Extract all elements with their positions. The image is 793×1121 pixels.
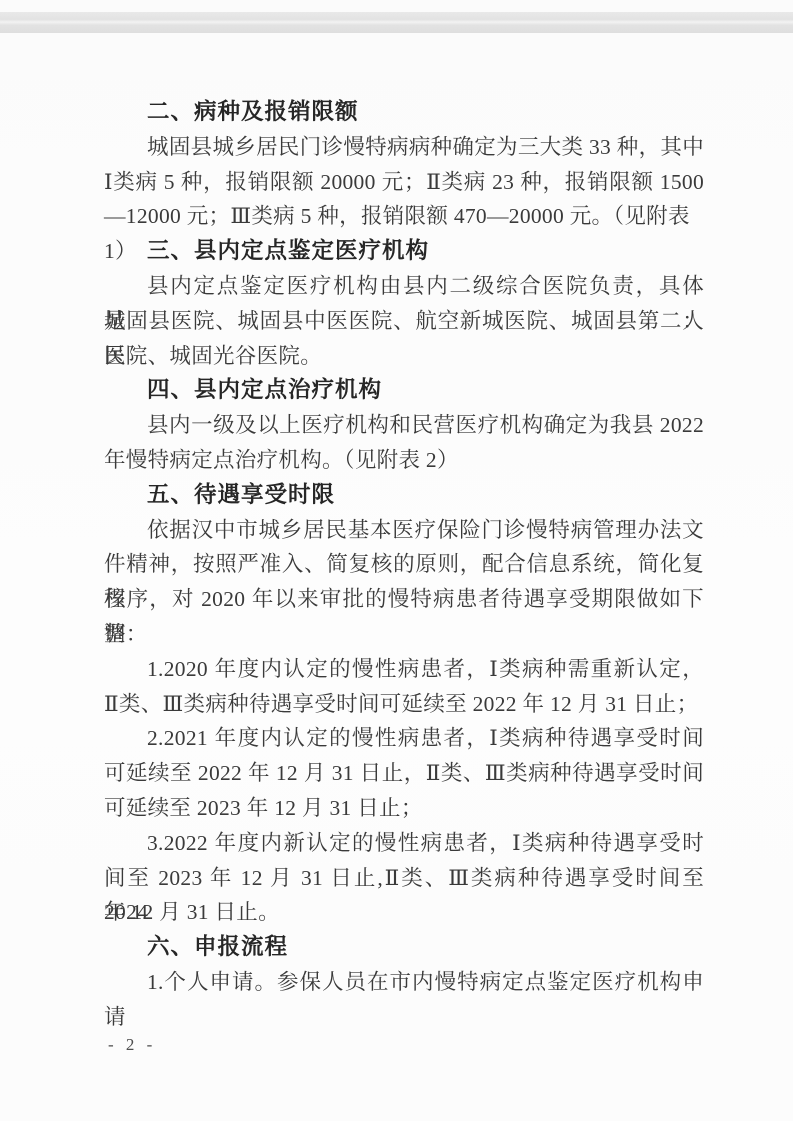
list-item-1-line: 1.2020 年度内认定的慢性病患者，Ⅰ类病种需重新认定， [104, 652, 704, 687]
paragraph-line: 年慢特病定点治疗机构。（见附表 2） [104, 443, 704, 478]
paragraph-line: 程序，对 2020 年以来审批的慢特病患者待遇享受期限做如下调 [104, 582, 704, 617]
paragraph-line: 县内一级及以上医疗机构和民营医疗机构确定为我县 2022 [104, 408, 704, 443]
paragraph-line: 城固县城乡居民门诊慢特病病种确定为三大类 33 种，其中 [104, 130, 704, 165]
list-item-1-line: Ⅱ类、Ⅲ类病种待遇享受时间可延续至 2022 年 12 月 31 日止； [104, 687, 704, 722]
section-heading-6: 六、申报流程 [104, 930, 704, 965]
paragraph-line: 整： [104, 617, 704, 652]
section-heading-3: 三、县内定点鉴定医疗机构 [104, 234, 704, 269]
list-item-3-line: 间至 2023 年 12 月 31 日止,Ⅱ类、Ⅲ类病种待遇享受时间至 2024 [104, 861, 704, 896]
paragraph-line: Ⅰ类病 5 种，报销限额 20000 元；Ⅱ类病 23 种，报销限额 1500 [104, 165, 704, 200]
list-item-2-line: 2.2021 年度内认定的慢性病患者，Ⅰ类病种待遇享受时间 [104, 721, 704, 756]
paragraph-line: 依据汉中市城乡居民基本医疗保险门诊慢特病管理办法文 [104, 513, 704, 548]
list-item-2-line: 可延续至 2022 年 12 月 31 日止，Ⅱ类、Ⅲ类病种待遇享受时间 [104, 756, 704, 791]
scanner-artifact-band [0, 12, 793, 33]
list-item-3-line: 年 12 月 31 日止。 [104, 895, 704, 930]
paragraph-line: —12000 元；Ⅲ类病 5 种，报销限额 470—20000 元。（见附表 1… [104, 199, 704, 234]
section-heading-2: 二、病种及报销限额 [104, 95, 704, 130]
document-body: 二、病种及报销限额 城固县城乡居民门诊慢特病病种确定为三大类 33 种，其中 Ⅰ… [104, 95, 704, 1000]
scanned-document-page: 二、病种及报销限额 城固县城乡居民门诊慢特病病种确定为三大类 33 种，其中 Ⅰ… [0, 0, 793, 1121]
paragraph-line: 县内定点鉴定医疗机构由县内二级综合医院负责，具体是： [104, 269, 704, 304]
paragraph-line: 1.个人申请。参保人员在市内慢特病定点鉴定医疗机构申请 [104, 965, 704, 1000]
paragraph-line: 医院、城固光谷医院。 [104, 339, 704, 374]
list-item-2-line: 可延续至 2023 年 12 月 31 日止； [104, 791, 704, 826]
paragraph-line: 城固县医院、城固县中医医院、航空新城医院、城固县第二人民 [104, 304, 704, 339]
list-item-3-line: 3.2022 年度内新认定的慢性病患者，Ⅰ类病种待遇享受时 [104, 826, 704, 861]
paragraph-line: 件精神，按照严准入、简复核的原则，配合信息系统，简化复核 [104, 547, 704, 582]
page-number: - 2 - [108, 1035, 156, 1055]
section-heading-5: 五、待遇享受时限 [104, 478, 704, 513]
section-heading-4: 四、县内定点治疗机构 [104, 373, 704, 408]
